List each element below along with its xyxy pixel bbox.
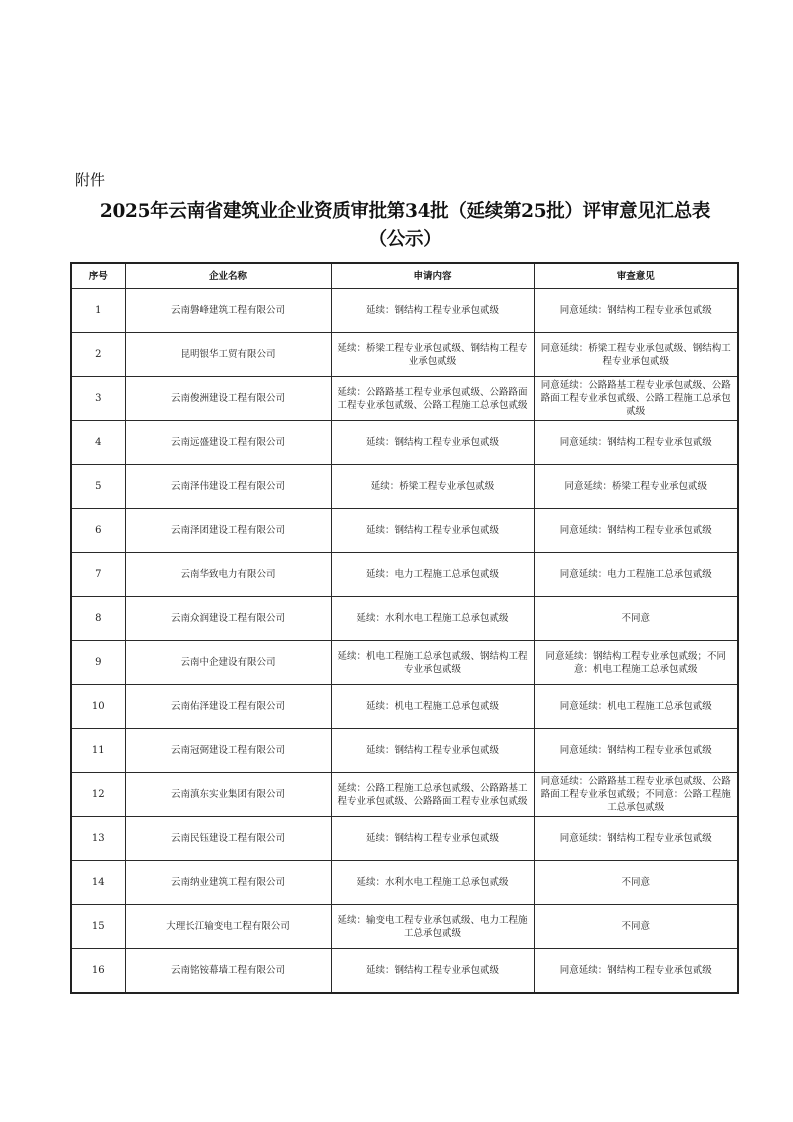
row-application: 延续：桥梁工程专业承包贰级、钢结构工程专业承包贰级	[331, 333, 534, 377]
document-title: 2025年云南省建筑业企业资质审批第34批（延续第25批）评审意见汇总表 （公示…	[60, 198, 750, 254]
header-opinion: 审查意见	[534, 263, 738, 289]
review-summary-table: 序号 企业名称 申请内容 审查意见 1 云南磐峰建筑工程有限公司 延续：钢结构工…	[70, 262, 739, 994]
row-application: 延续：公路路基工程专业承包贰级、公路路面工程专业承包贰级、公路工程施工总承包贰级	[331, 377, 534, 421]
row-opinion: 同意延续：钢结构工程专业承包贰级	[534, 289, 738, 333]
row-company: 云南众润建设工程有限公司	[125, 597, 331, 641]
row-opinion: 同意延续：钢结构工程专业承包贰级	[534, 421, 738, 465]
row-company: 云南纳业建筑工程有限公司	[125, 861, 331, 905]
row-opinion: 同意延续：桥梁工程专业承包贰级	[534, 465, 738, 509]
row-opinion: 同意延续：公路路基工程专业承包贰级、公路路面工程专业承包贰级、公路工程施工总承包…	[534, 377, 738, 421]
table-header-row: 序号 企业名称 申请内容 审查意见	[71, 263, 738, 289]
row-no: 5	[71, 465, 125, 509]
row-opinion: 同意延续：钢结构工程专业承包贰级	[534, 817, 738, 861]
row-no: 15	[71, 905, 125, 949]
row-company: 云南滇东实业集团有限公司	[125, 773, 331, 817]
table-row: 11 云南冠弼建设工程有限公司 延续：钢结构工程专业承包贰级 同意延续：钢结构工…	[71, 729, 738, 773]
row-application: 延续：水利水电工程施工总承包贰级	[331, 861, 534, 905]
table-row: 5 云南泽伟建设工程有限公司 延续：桥梁工程专业承包贰级 同意延续：桥梁工程专业…	[71, 465, 738, 509]
table-row: 13 云南民钰建设工程有限公司 延续：钢结构工程专业承包贰级 同意延续：钢结构工…	[71, 817, 738, 861]
row-company: 云南民钰建设工程有限公司	[125, 817, 331, 861]
title-line-1: 2025年云南省建筑业企业资质审批第34批（延续第25批）评审意见汇总表	[100, 201, 710, 222]
row-company: 云南冠弼建设工程有限公司	[125, 729, 331, 773]
header-no: 序号	[71, 263, 125, 289]
row-application: 延续：机电工程施工总承包贰级	[331, 685, 534, 729]
row-company: 云南磐峰建筑工程有限公司	[125, 289, 331, 333]
row-company: 云南泽团建设工程有限公司	[125, 509, 331, 553]
table-row: 2 昆明银华工贸有限公司 延续：桥梁工程专业承包贰级、钢结构工程专业承包贰级 同…	[71, 333, 738, 377]
row-application: 延续：钢结构工程专业承包贰级	[331, 421, 534, 465]
row-no: 13	[71, 817, 125, 861]
table-row: 7 云南华致电力有限公司 延续：电力工程施工总承包贰级 同意延续：电力工程施工总…	[71, 553, 738, 597]
table-row: 12 云南滇东实业集团有限公司 延续：公路工程施工总承包贰级、公路路基工程专业承…	[71, 773, 738, 817]
row-application: 延续：桥梁工程专业承包贰级	[331, 465, 534, 509]
row-application: 延续：钢结构工程专业承包贰级	[331, 949, 534, 994]
row-no: 9	[71, 641, 125, 685]
row-application: 延续：钢结构工程专业承包贰级	[331, 509, 534, 553]
row-application: 延续：电力工程施工总承包贰级	[331, 553, 534, 597]
table-row: 10 云南佑泽建设工程有限公司 延续：机电工程施工总承包贰级 同意延续：机电工程…	[71, 685, 738, 729]
table-row: 15 大理长江输变电工程有限公司 延续：输变电工程专业承包贰级、电力工程施工总承…	[71, 905, 738, 949]
row-opinion: 同意延续：机电工程施工总承包贰级	[534, 685, 738, 729]
table-row: 9 云南中企建设有限公司 延续：机电工程施工总承包贰级、钢结构工程专业承包贰级 …	[71, 641, 738, 685]
row-application: 延续：水利水电工程施工总承包贰级	[331, 597, 534, 641]
row-company: 昆明银华工贸有限公司	[125, 333, 331, 377]
row-no: 4	[71, 421, 125, 465]
row-opinion: 同意延续：钢结构工程专业承包贰级	[534, 729, 738, 773]
row-opinion: 不同意	[534, 905, 738, 949]
row-application: 延续：输变电工程专业承包贰级、电力工程施工总承包贰级	[331, 905, 534, 949]
row-no: 16	[71, 949, 125, 994]
row-company: 云南佑泽建设工程有限公司	[125, 685, 331, 729]
row-application: 延续：钢结构工程专业承包贰级	[331, 817, 534, 861]
header-application: 申请内容	[331, 263, 534, 289]
attachment-label: 附件	[75, 169, 105, 190]
row-no: 7	[71, 553, 125, 597]
row-company: 云南俊洲建设工程有限公司	[125, 377, 331, 421]
row-company: 云南远盛建设工程有限公司	[125, 421, 331, 465]
row-no: 12	[71, 773, 125, 817]
row-opinion: 同意延续：钢结构工程专业承包贰级	[534, 509, 738, 553]
row-opinion: 同意延续：钢结构工程专业承包贰级	[534, 949, 738, 994]
row-application: 延续：机电工程施工总承包贰级、钢结构工程专业承包贰级	[331, 641, 534, 685]
row-opinion: 同意延续：电力工程施工总承包贰级	[534, 553, 738, 597]
row-no: 10	[71, 685, 125, 729]
row-company: 大理长江输变电工程有限公司	[125, 905, 331, 949]
row-no: 11	[71, 729, 125, 773]
row-no: 2	[71, 333, 125, 377]
row-opinion: 不同意	[534, 597, 738, 641]
table-row: 8 云南众润建设工程有限公司 延续：水利水电工程施工总承包贰级 不同意	[71, 597, 738, 641]
row-no: 1	[71, 289, 125, 333]
row-company: 云南华致电力有限公司	[125, 553, 331, 597]
row-opinion: 同意延续：桥梁工程专业承包贰级、钢结构工程专业承包贰级	[534, 333, 738, 377]
row-company: 云南泽伟建设工程有限公司	[125, 465, 331, 509]
row-opinion: 同意延续：钢结构工程专业承包贰级；不同意：机电工程施工总承包贰级	[534, 641, 738, 685]
table-row: 6 云南泽团建设工程有限公司 延续：钢结构工程专业承包贰级 同意延续：钢结构工程…	[71, 509, 738, 553]
row-no: 14	[71, 861, 125, 905]
row-application: 延续：公路工程施工总承包贰级、公路路基工程专业承包贰级、公路路面工程专业承包贰级	[331, 773, 534, 817]
row-company: 云南中企建设有限公司	[125, 641, 331, 685]
row-no: 8	[71, 597, 125, 641]
row-application: 延续：钢结构工程专业承包贰级	[331, 289, 534, 333]
table-row: 1 云南磐峰建筑工程有限公司 延续：钢结构工程专业承包贰级 同意延续：钢结构工程…	[71, 289, 738, 333]
header-company: 企业名称	[125, 263, 331, 289]
table-row: 16 云南铭铵幕墙工程有限公司 延续：钢结构工程专业承包贰级 同意延续：钢结构工…	[71, 949, 738, 994]
row-opinion: 同意延续：公路路基工程专业承包贰级、公路路面工程专业承包贰级；不同意：公路工程施…	[534, 773, 738, 817]
row-no: 3	[71, 377, 125, 421]
row-company: 云南铭铵幕墙工程有限公司	[125, 949, 331, 994]
table-row: 3 云南俊洲建设工程有限公司 延续：公路路基工程专业承包贰级、公路路面工程专业承…	[71, 377, 738, 421]
row-no: 6	[71, 509, 125, 553]
table-row: 14 云南纳业建筑工程有限公司 延续：水利水电工程施工总承包贰级 不同意	[71, 861, 738, 905]
table-row: 4 云南远盛建设工程有限公司 延续：钢结构工程专业承包贰级 同意延续：钢结构工程…	[71, 421, 738, 465]
title-line-2: （公示）	[60, 226, 750, 254]
row-opinion: 不同意	[534, 861, 738, 905]
row-application: 延续：钢结构工程专业承包贰级	[331, 729, 534, 773]
